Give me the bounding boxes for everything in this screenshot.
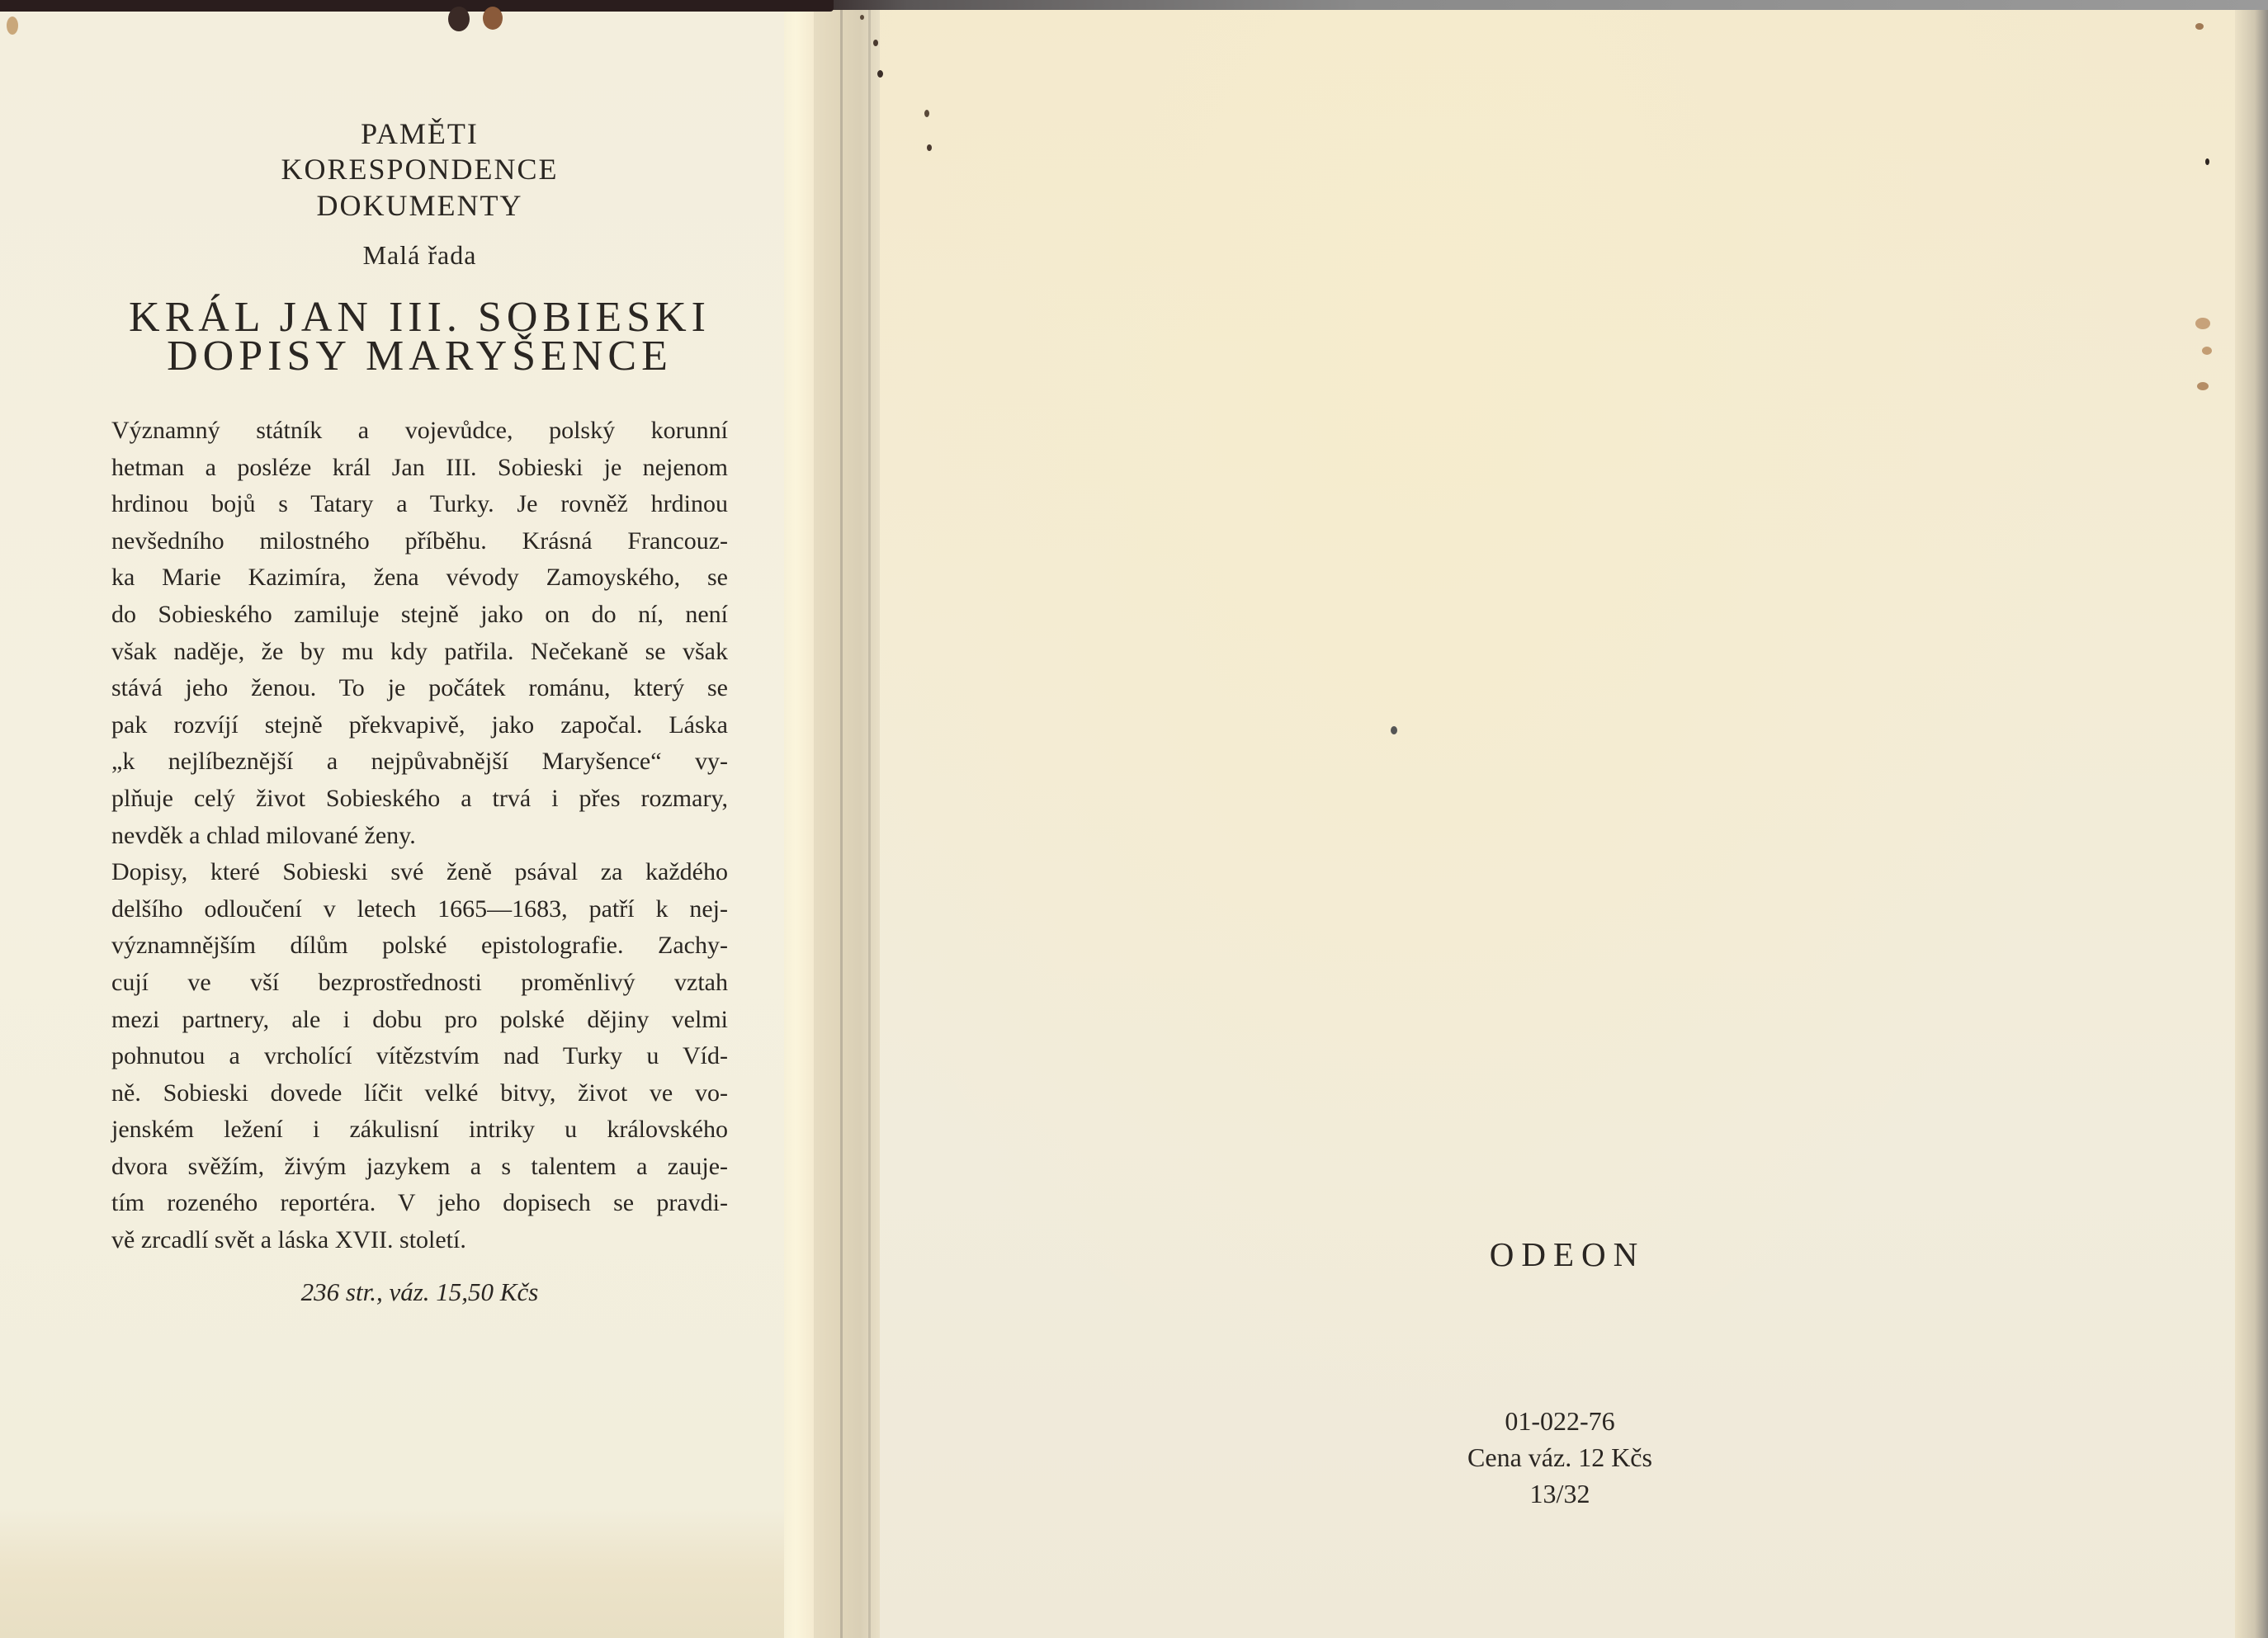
blurb-line: do Sobieského zamiluje stejně jako on do… [111, 597, 728, 634]
flap-price-line: 236 str., váz. 15,50 Kčs [111, 1277, 728, 1307]
foxing-spot [2197, 382, 2209, 390]
foxing-spot [7, 17, 18, 35]
foxing-spot [873, 40, 878, 46]
blurb-line: plňuje celý život Sobieského a trvá i př… [111, 781, 728, 818]
blurb-line: Dopisy, které Sobieski své ženě psával z… [111, 854, 728, 891]
series-line-1: PAMĚTI [111, 117, 728, 150]
foxing-spot [924, 110, 929, 117]
blurb-line: Významný státník a vojevůdce, polský kor… [111, 413, 728, 450]
print-code: 13/32 [1395, 1475, 1725, 1512]
foxing-spot [860, 15, 864, 20]
blurb-line: mezi partnery, ale i dobu pro polské děj… [111, 1002, 728, 1039]
crease-line [840, 10, 843, 1638]
foxing-spot [1391, 726, 1397, 734]
blurb-line: dvora svěžím, živým jazykem a s talentem… [111, 1149, 728, 1186]
blurb-line: významnějším dílům polské epistolografie… [111, 928, 728, 965]
blurb-line: stává jeho ženou. To je počátek románu, … [111, 670, 728, 707]
blurb-line: ně. Sobieski dovede líčit velké bitvy, ž… [111, 1075, 728, 1112]
top-dark-edge-left [0, 0, 834, 12]
flap-edge [784, 10, 814, 1638]
foxing-spot [448, 7, 470, 31]
blurb-line: pak rozvíjí stejně překvapivě, jako zapo… [111, 707, 728, 744]
blurb-line: nevděk a chlad milované ženy. [111, 818, 728, 855]
cover-price: Cena váz. 12 Kčs [1395, 1439, 1725, 1475]
back-cover-paper [880, 10, 2250, 1638]
foxing-spot [927, 144, 932, 151]
blurb-line: pohnutou a vrcholící vítězstvím nad Turk… [111, 1038, 728, 1075]
cover-right-edge [2235, 10, 2268, 1638]
series-line-2: KORESPONDENCE [111, 153, 728, 186]
blurb-line: jenském ležení i zákulisní intriky u krá… [111, 1112, 728, 1149]
blurb-line: „k nejlíbeznější a nejpůvabnější Maryšen… [111, 743, 728, 781]
foxing-spot [877, 70, 883, 78]
blurb-line: hrdinou bojů s Tatary a Turky. Je rovněž… [111, 486, 728, 523]
blurb-line: cují ve vší bezprostřednosti proměnlivý … [111, 965, 728, 1002]
blurb-line: delšího odloučení v letech 1665—1683, pa… [111, 891, 728, 928]
blurb-line: nevšedního milostného příběhu. Krásná Fr… [111, 523, 728, 560]
publisher-name: ODEON [1395, 1234, 1732, 1274]
foxing-spot [2205, 158, 2209, 165]
blurb-line: hetman a posléze král Jan III. Sobieski … [111, 450, 728, 487]
foxing-spot [2195, 23, 2204, 30]
crease-line [868, 10, 871, 1638]
foxing-spot [2195, 318, 2210, 329]
imprint-block: 01-022-76 Cena váz. 12 Kčs 13/32 [1395, 1403, 1725, 1512]
flap-blurb: Významný státník a vojevůdce, polský kor… [111, 413, 728, 1259]
subseries-label: Malá řada [111, 240, 728, 271]
book-title-line-2: DOPISY MARYŠENCE [111, 328, 728, 385]
blurb-line: tím rozeného reportéra. V jeho dopisech … [111, 1185, 728, 1222]
blurb-line: však naděje, že by mu kdy patřila. Neček… [111, 634, 728, 671]
foxing-spot [2202, 347, 2212, 355]
catalog-number: 01-022-76 [1395, 1403, 1725, 1439]
foxing-spot [483, 7, 503, 30]
blurb-line: ka Marie Kazimíra, žena vévody Zamoyskéh… [111, 559, 728, 597]
series-line-3: DOKUMENTY [111, 189, 728, 222]
blurb-line: vě zrcadlí svět a láska XVII. století. [111, 1222, 728, 1259]
